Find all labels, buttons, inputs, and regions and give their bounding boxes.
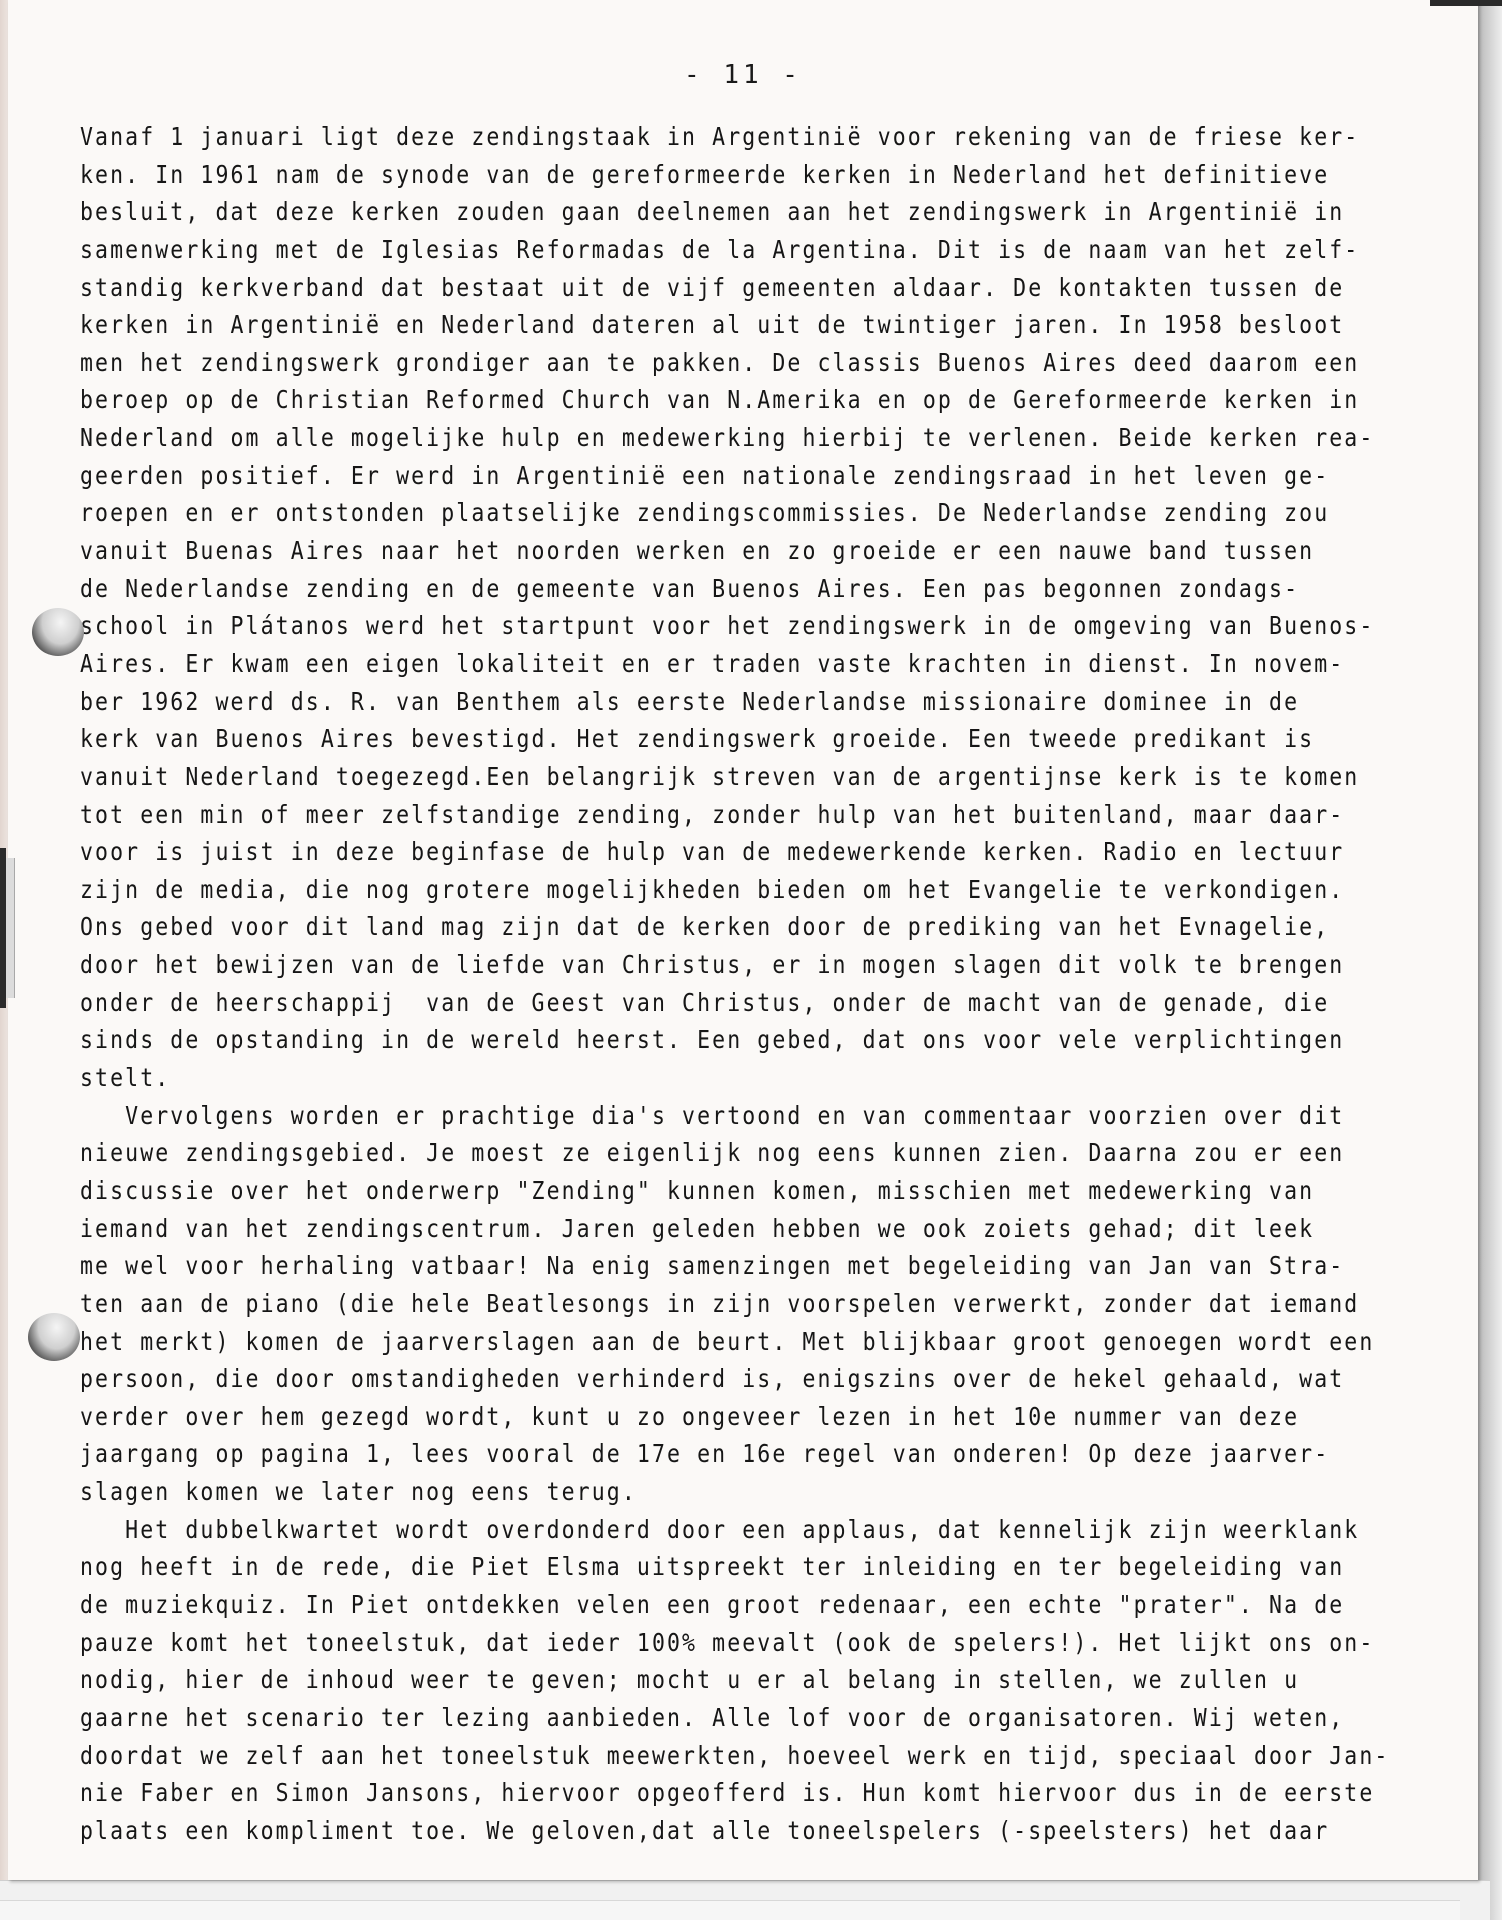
- text-line: tot een min of meer zelfstandige zending…: [80, 796, 1284, 834]
- text-line: samenwerking met de Iglesias Reformadas …: [80, 231, 1284, 269]
- text-line: gaarne het scenario ter lezing aanbieden…: [80, 1699, 1284, 1737]
- text-line: voor is juist in deze beginfase de hulp …: [80, 833, 1284, 871]
- text-line: nie Faber en Simon Jansons, hiervoor opg…: [80, 1774, 1284, 1812]
- text-line: kerken in Argentinië en Nederland datere…: [80, 306, 1284, 344]
- text-line: de Nederlandse zending en de gemeente va…: [80, 570, 1284, 608]
- text-line: iemand van het zendingscentrum. Jaren ge…: [80, 1210, 1284, 1248]
- text-line: kerk van Buenos Aires bevestigd. Het zen…: [80, 720, 1284, 758]
- text-line: vanuit Buenas Aires naar het noorden wer…: [80, 532, 1284, 570]
- text-line: Vervolgens worden er prachtige dia's ver…: [80, 1097, 1284, 1135]
- text-line: zijn de media, die nog grotere mogelijkh…: [80, 871, 1284, 909]
- document-page: - 11 - Vanaf 1 januari ligt deze zending…: [8, 0, 1478, 1880]
- text-line: nodig, hier de inhoud weer te geven; moc…: [80, 1661, 1284, 1699]
- text-line: persoon, die door omstandigheden verhind…: [80, 1360, 1284, 1398]
- text-line: Ons gebed voor dit land mag zijn dat de …: [80, 908, 1284, 946]
- text-line: ber 1962 werd ds. R. van Benthem als eer…: [80, 683, 1284, 721]
- text-line: ken. In 1961 nam de synode van de gerefo…: [80, 156, 1284, 194]
- text-line: me wel voor herhaling vatbaar! Na enig s…: [80, 1247, 1284, 1285]
- text-line: Het dubbelkwartet wordt overdonderd door…: [80, 1511, 1284, 1549]
- scan-corner-shadow: [1430, 0, 1502, 6]
- text-line: de muziekquiz. In Piet ontdekken velen e…: [80, 1586, 1284, 1624]
- underlying-sheet-2: [0, 1900, 1460, 1920]
- body-text: Vanaf 1 januari ligt deze zendingstaak i…: [80, 118, 1480, 1849]
- text-line: beroep op de Christian Reformed Church v…: [80, 381, 1284, 419]
- text-line: jaargang op pagina 1, lees vooral de 17e…: [80, 1435, 1284, 1473]
- text-line: men het zendingswerk grondiger aan te pa…: [80, 344, 1284, 382]
- text-line: roepen en er ontstonden plaatselijke zen…: [80, 494, 1284, 532]
- binding-clip-edge: [6, 858, 15, 998]
- text-line: stelt.: [80, 1059, 1284, 1097]
- text-line: het merkt) komen de jaarverslagen aan de…: [80, 1323, 1284, 1361]
- text-line: sinds de opstanding in de wereld heerst.…: [80, 1021, 1284, 1059]
- text-line: ten aan de piano (die hele Beatlesongs i…: [80, 1285, 1284, 1323]
- text-line: school in Plátanos werd het startpunt vo…: [80, 607, 1284, 645]
- text-line: pauze komt het toneelstuk, dat ieder 100…: [80, 1624, 1284, 1662]
- punch-hole-icon: [32, 608, 84, 656]
- punch-hole-icon: [28, 1313, 80, 1361]
- text-line: vanuit Nederland toegezegd.Een belangrij…: [80, 758, 1284, 796]
- paper-right-edge: [1478, 0, 1502, 1920]
- text-line: geerden positief. Er werd in Argentinië …: [80, 457, 1284, 495]
- text-line: onder de heerschappij van de Geest van C…: [80, 984, 1284, 1022]
- text-line: door het bewijzen van de liefde van Chri…: [80, 946, 1284, 984]
- text-line: discussie over het onderwerp "Zending" k…: [80, 1172, 1284, 1210]
- page-number: - 11 -: [8, 60, 1478, 90]
- text-line: standig kerkverband dat bestaat uit de v…: [80, 269, 1284, 307]
- text-line: besluit, dat deze kerken zouden gaan dee…: [80, 193, 1284, 231]
- text-line: nieuwe zendingsgebied. Je moest ze eigen…: [80, 1134, 1284, 1172]
- text-line: plaats een kompliment toe. We geloven,da…: [80, 1812, 1284, 1850]
- text-line: Nederland om alle mogelijke hulp en mede…: [80, 419, 1284, 457]
- text-line: doordat we zelf aan het toneelstuk meewe…: [80, 1737, 1284, 1775]
- text-line: Vanaf 1 januari ligt deze zendingstaak i…: [80, 118, 1284, 156]
- text-line: verder over hem gezegd wordt, kunt u zo …: [80, 1398, 1284, 1436]
- text-line: nog heeft in de rede, die Piet Elsma uit…: [80, 1548, 1284, 1586]
- text-line: slagen komen we later nog eens terug.: [80, 1473, 1284, 1511]
- text-line: Aires. Er kwam een eigen lokaliteit en e…: [80, 645, 1284, 683]
